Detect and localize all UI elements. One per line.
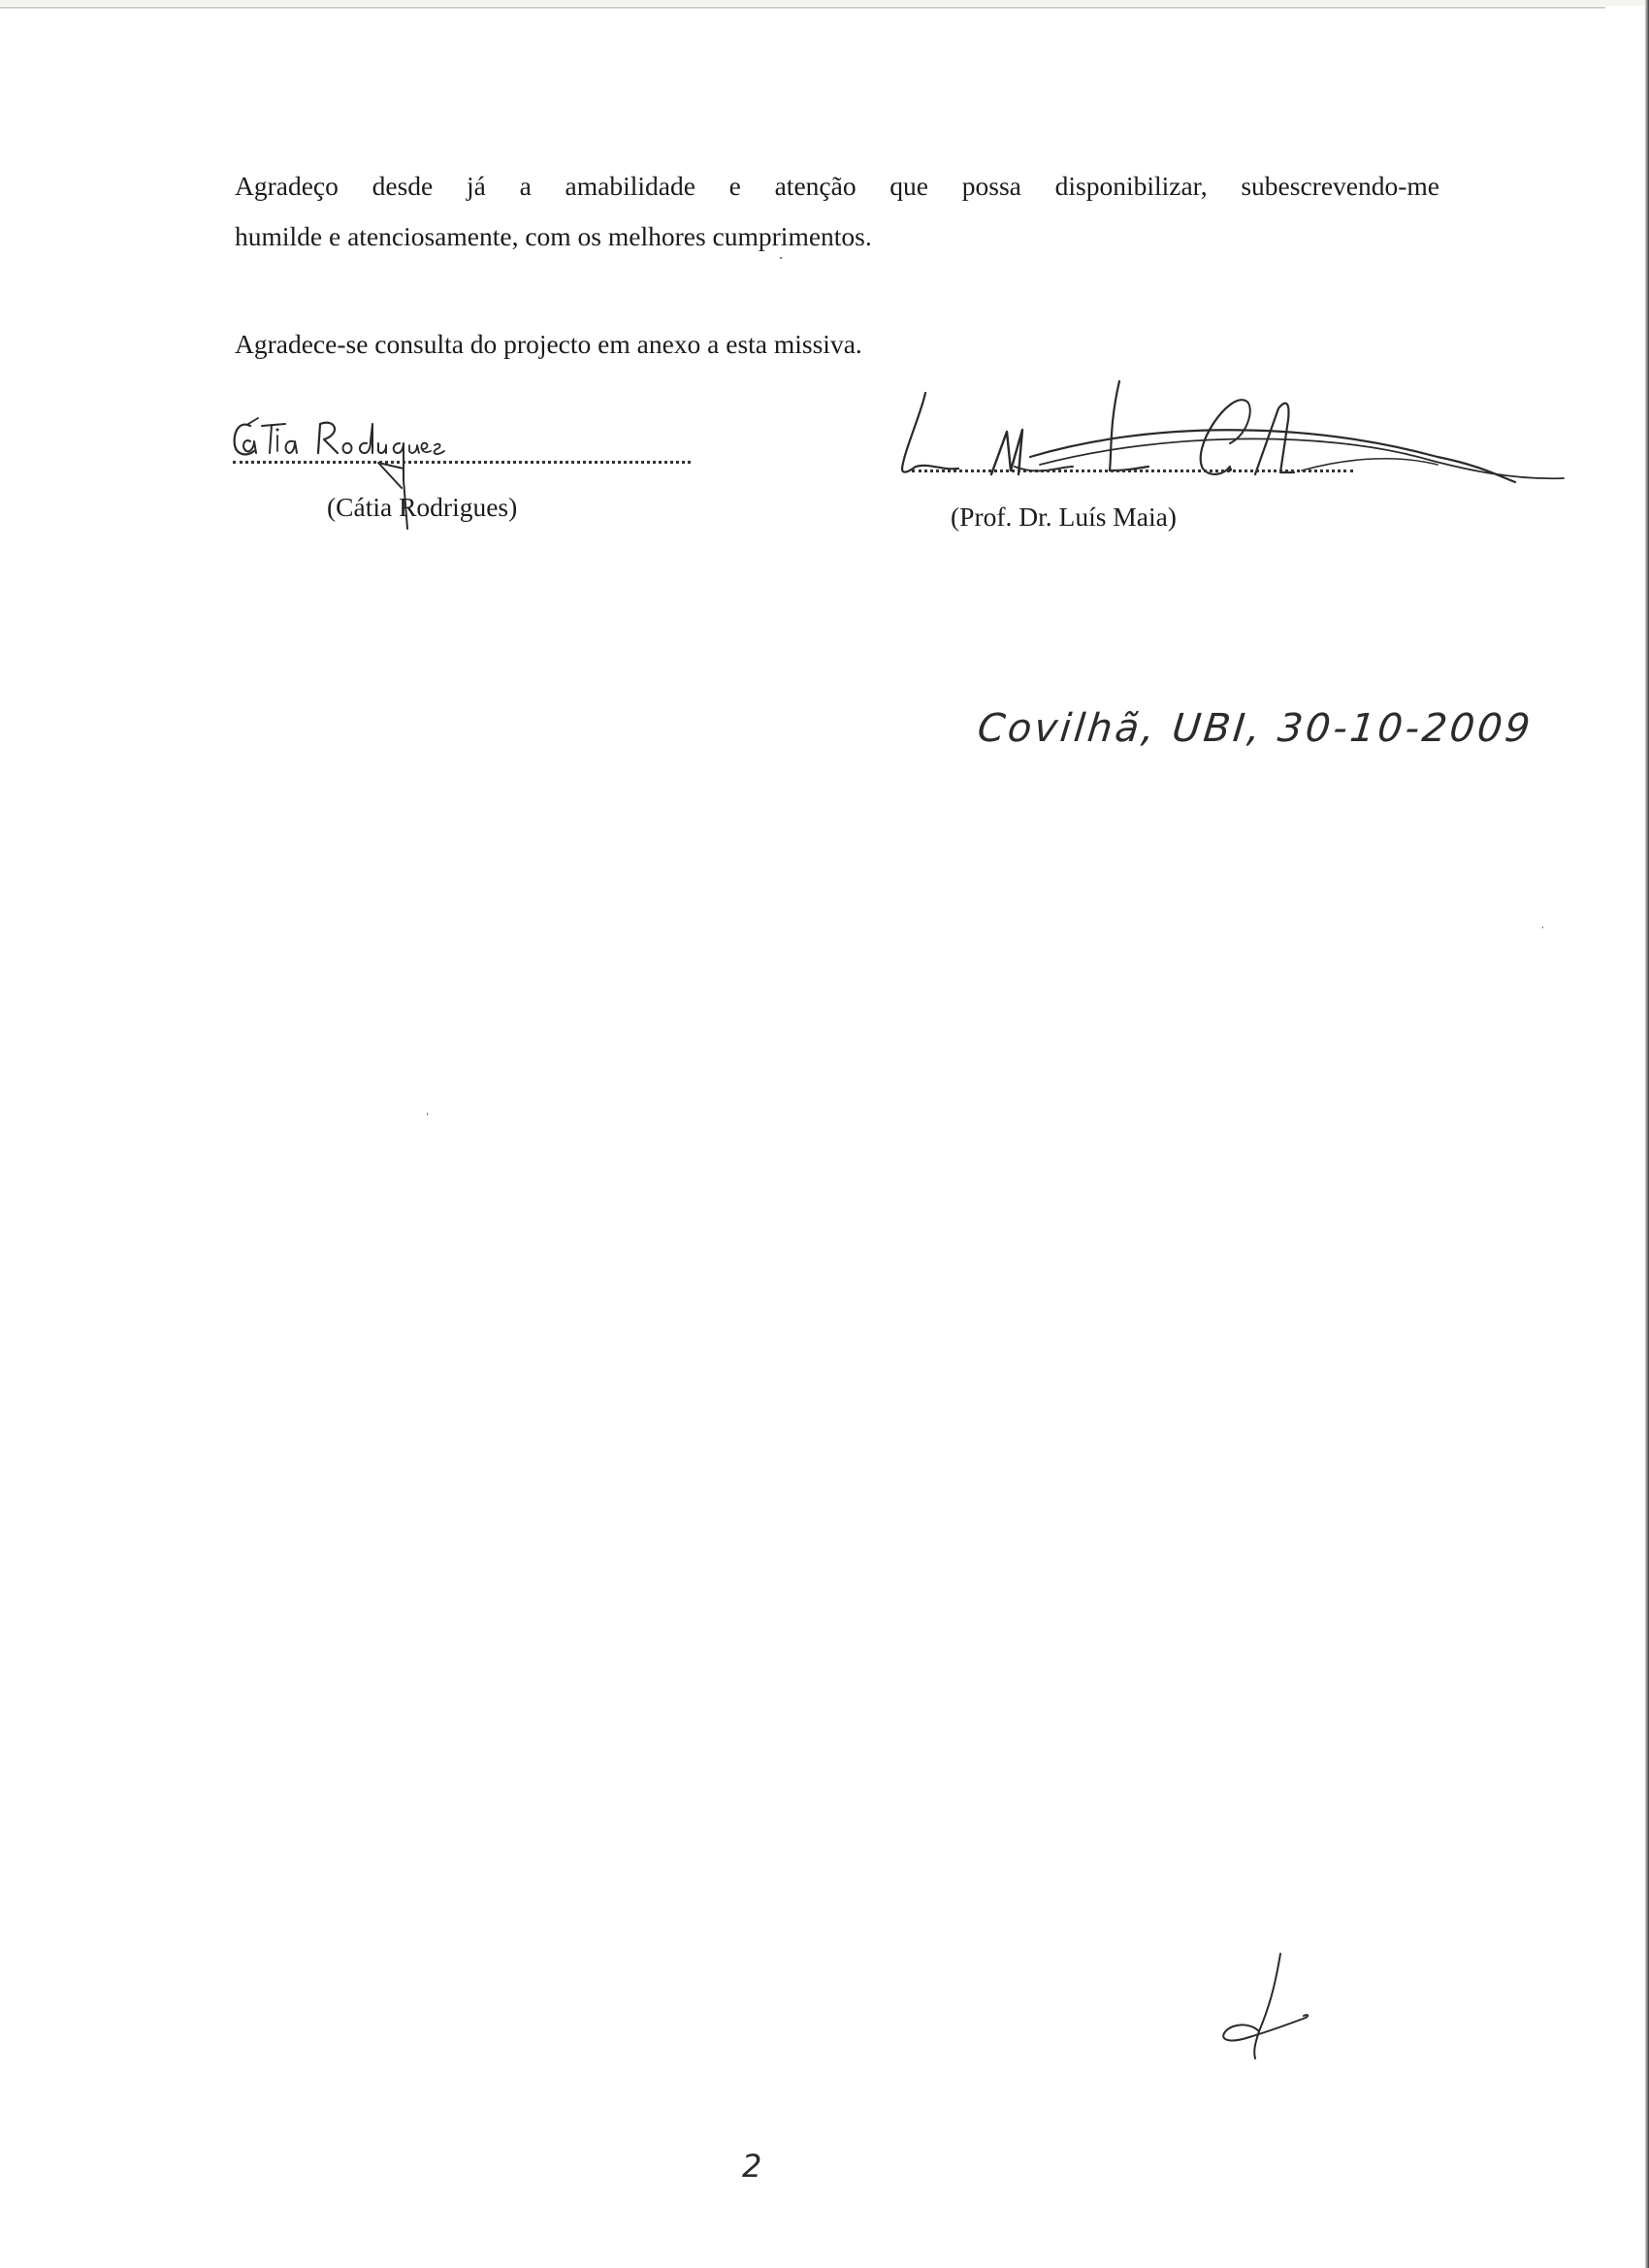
- printed-name-right: (Prof. Dr. Luís Maia): [951, 503, 1177, 531]
- scan-right-edge: [1645, 0, 1649, 2268]
- scan-speck: [427, 1113, 428, 1116]
- paragraph-1-line-1: Agradeço desde já a amabilidade e atençã…: [235, 173, 1439, 200]
- paragraph-2: Agradece-se consulta do projecto em anex…: [235, 331, 862, 358]
- scan-speck: [780, 257, 782, 259]
- page-number: 2: [742, 2148, 761, 2185]
- scan-top-edge: [0, 7, 1605, 9]
- paragraph-1-line-2: humilde e atenciosamente, com os melhore…: [235, 223, 872, 250]
- handwritten-signature-luis-maia: [894, 373, 1573, 495]
- scan-speck: [1542, 926, 1543, 928]
- initials-mark: [1220, 1950, 1317, 2066]
- signature-line-right: [912, 470, 1353, 472]
- handwritten-place-date: Covilhã, UBI, 30-10-2009: [976, 706, 1536, 751]
- printed-name-left: (Cátia Rodrigues): [327, 494, 517, 521]
- scan-top-shade: [0, 0, 1649, 6]
- signature-line-left: [233, 461, 691, 464]
